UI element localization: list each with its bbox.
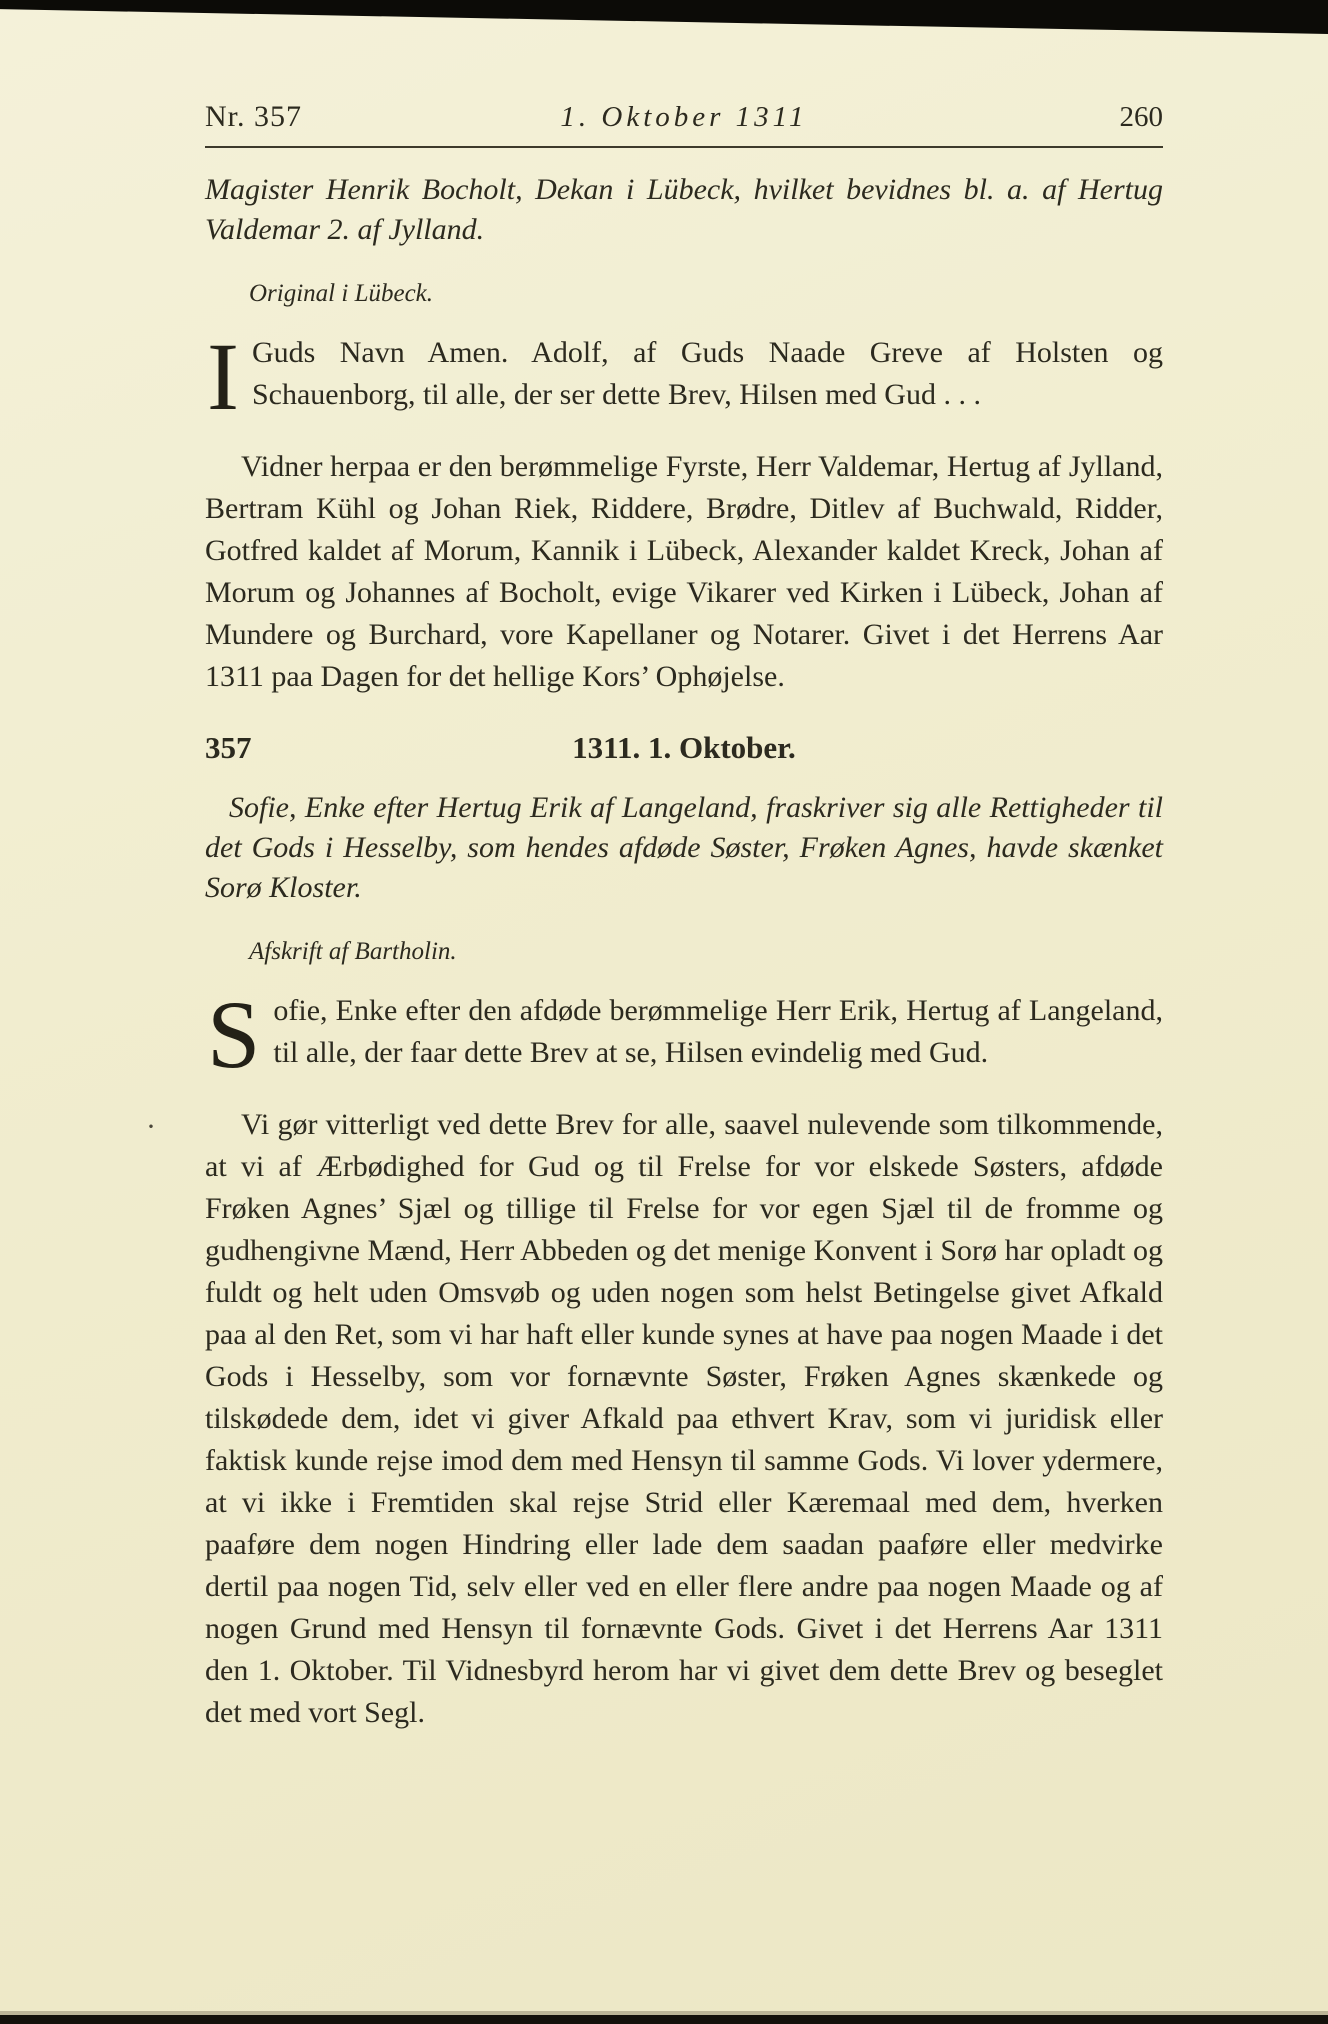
entry-number-header: Nr. 357 (205, 100, 492, 134)
entry-357-summary: Sofie, Enke efter Hertug Erik af Langela… (205, 788, 1163, 908)
entry-prev-body-paragraph: Vidner herpaa er den berømmelige Fyrste,… (205, 446, 1163, 698)
scan-top-edge (0, 0, 1328, 34)
page-content: Nr. 357 1. Oktober 1311 260 Magister Hen… (205, 100, 1163, 1764)
entry-357-date: 1311. 1. Oktober. (205, 730, 1163, 766)
entry-prev-opening-text: Guds Navn Amen. Adolf, af Guds Naade Gre… (252, 336, 1163, 411)
entry-357-opening-text: ofie, Enke efter den afdøde berømmelige … (273, 994, 1163, 1069)
scan-bottom-edge (0, 2015, 1328, 2024)
entry-357-opening-paragraph: Sofie, Enke efter den afdøde berømmelige… (205, 990, 1163, 1074)
entry-357-source-note: Afskrift af Bartholin. (249, 938, 1163, 966)
running-header: Nr. 357 1. Oktober 1311 260 (205, 100, 1163, 148)
entry-prev-opening-paragraph: IGuds Navn Amen. Adolf, af Guds Naade Gr… (205, 332, 1163, 416)
running-date-header: 1. Oktober 1311 (492, 100, 875, 134)
book-page: { "page_header": { "left": "Nr. 357", "c… (0, 0, 1328, 2024)
entry-357-heading: 357 1311. 1. Oktober. (205, 730, 1163, 766)
dropcap-letter: S (207, 999, 260, 1071)
entry-prev-source-note: Original i Lübeck. (249, 280, 1163, 308)
page-number: 260 (876, 100, 1163, 134)
margin-mark: · (146, 1110, 156, 1144)
entry-357-body-paragraph: Vi gør vitterligt ved dette Brev for all… (205, 1104, 1163, 1734)
dropcap-letter: I (207, 341, 239, 413)
entry-prev-summary: Magister Henrik Bocholt, Dekan i Lübeck,… (205, 170, 1163, 250)
